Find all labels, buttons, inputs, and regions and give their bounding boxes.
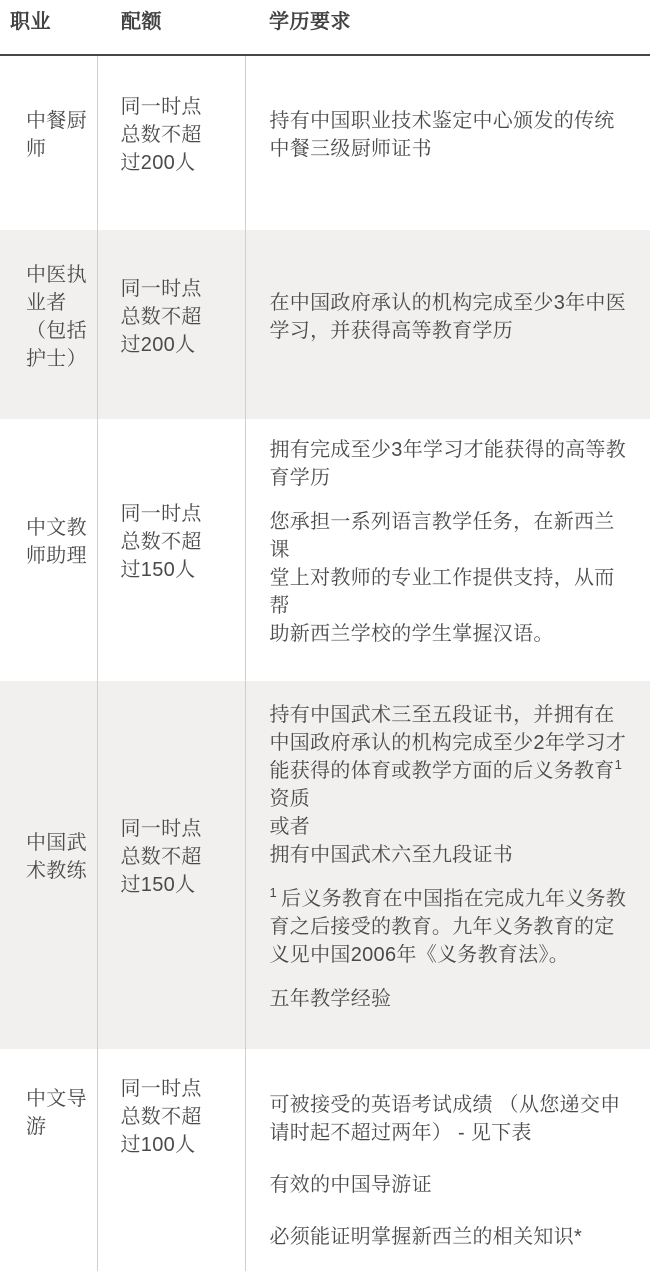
occupation-label: 中文教 师助理: [26, 514, 93, 570]
quota-label: 同一时点 总数不超 过200人: [121, 275, 241, 359]
quota-label: 同一时点 总数不超 过150人: [121, 500, 241, 584]
requirement-text: 资质 或者 拥有中国武术六至九段证书: [270, 788, 514, 866]
footnote-ref: 1: [615, 757, 623, 772]
requirement-paragraph: 持有中国武术三至五段证书，并拥有在 中国政府承认的机构完成至少2年学习才 能获得…: [270, 701, 635, 869]
requirements-cell: 持有中国职业技术鉴定中心颁发的传统 中餐三级厨师证书: [245, 55, 650, 230]
quota-cell: 同一时点 总数不超 过100人: [97, 1049, 245, 1271]
requirement-paragraph: 可被接受的英语考试成绩 （从您递交申 请时起不超过两年） - 见下表: [270, 1091, 635, 1147]
footnote-paragraph: 1后义务教育在中国指在完成九年义务教 育之后接受的教育。九年义务教育的定 义见中…: [270, 885, 635, 969]
table-header-row: 职业 配额 学历要求: [0, 0, 650, 55]
quota-label: 同一时点 总数不超 过200人: [121, 93, 241, 177]
occupation-cell: 中餐厨 师: [0, 55, 97, 230]
occupation-label: 中国武 术教练: [26, 829, 93, 885]
table-row: 中文导 游 同一时点 总数不超 过100人 可被接受的英语考试成绩 （从您递交申…: [0, 1049, 650, 1271]
requirement-paragraph: 持有中国职业技术鉴定中心颁发的传统 中餐三级厨师证书: [270, 107, 635, 163]
footnote-text: 后义务教育在中国指在完成九年义务教 育之后接受的教育。九年义务教育的定 义见中国…: [270, 888, 627, 966]
requirement-paragraph: 在中国政府承认的机构完成至少3年中医 学习，并获得高等教育学历: [270, 289, 635, 345]
table-row: 中餐厨 师 同一时点 总数不超 过200人 持有中国职业技术鉴定中心颁发的传统 …: [0, 55, 650, 230]
requirement-paragraph: 必须能证明掌握新西兰的相关知识*: [270, 1223, 635, 1251]
quota-cell: 同一时点 总数不超 过150人: [97, 419, 245, 681]
table-row: 中国武 术教练 同一时点 总数不超 过150人 持有中国武术三至五段证书，并拥有…: [0, 681, 650, 1049]
table-row: 中医执 业者 （包括 护士） 同一时点 总数不超 过200人 在中国政府承认的机…: [0, 230, 650, 419]
occupation-label: 中医执 业者 （包括 护士）: [26, 261, 93, 373]
requirements-cell: 持有中国武术三至五段证书，并拥有在 中国政府承认的机构完成至少2年学习才 能获得…: [245, 681, 650, 1049]
column-header-occupation: 职业: [0, 0, 97, 55]
quota-cell: 同一时点 总数不超 过150人: [97, 681, 245, 1049]
quota-label: 同一时点 总数不超 过150人: [121, 815, 241, 899]
column-header-requirements: 学历要求: [245, 0, 650, 55]
occupation-cell: 中文导 游: [0, 1049, 97, 1271]
quota-cell: 同一时点 总数不超 过200人: [97, 230, 245, 419]
requirements-table: 职业 配额 学历要求 中餐厨 师 同一时点 总数不超 过200人 持有中国职业技…: [0, 0, 650, 1271]
occupation-cell: 中医执 业者 （包括 护士）: [0, 230, 97, 419]
requirements-cell: 拥有完成至少3年学习才能获得的高等教 育学历 您承担一系列语言教学任务，在新西兰…: [245, 419, 650, 681]
footnote-ref: 1: [270, 885, 278, 900]
occupation-cell: 中文教 师助理: [0, 419, 97, 681]
occupation-label: 中餐厨 师: [26, 107, 93, 163]
column-header-quota: 配额: [97, 0, 245, 55]
quota-label: 同一时点 总数不超 过100人: [121, 1075, 241, 1159]
requirements-cell: 可被接受的英语考试成绩 （从您递交申 请时起不超过两年） - 见下表 有效的中国…: [245, 1049, 650, 1271]
occupation-label: 中文导 游: [26, 1085, 93, 1141]
occupation-cell: 中国武 术教练: [0, 681, 97, 1049]
requirements-cell: 在中国政府承认的机构完成至少3年中医 学习，并获得高等教育学历: [245, 230, 650, 419]
requirement-text: 持有中国武术三至五段证书，并拥有在 中国政府承认的机构完成至少2年学习才 能获得…: [270, 704, 627, 782]
requirement-paragraph: 有效的中国导游证: [270, 1171, 635, 1199]
requirement-paragraph: 您承担一系列语言教学任务，在新西兰课 堂上对教师的专业工作提供支持，从而帮 助新…: [270, 508, 635, 648]
table-row: 中文教 师助理 同一时点 总数不超 过150人 拥有完成至少3年学习才能获得的高…: [0, 419, 650, 681]
requirement-paragraph: 拥有完成至少3年学习才能获得的高等教 育学历: [270, 436, 635, 492]
requirement-paragraph: 五年教学经验: [270, 985, 635, 1013]
quota-cell: 同一时点 总数不超 过200人: [97, 55, 245, 230]
